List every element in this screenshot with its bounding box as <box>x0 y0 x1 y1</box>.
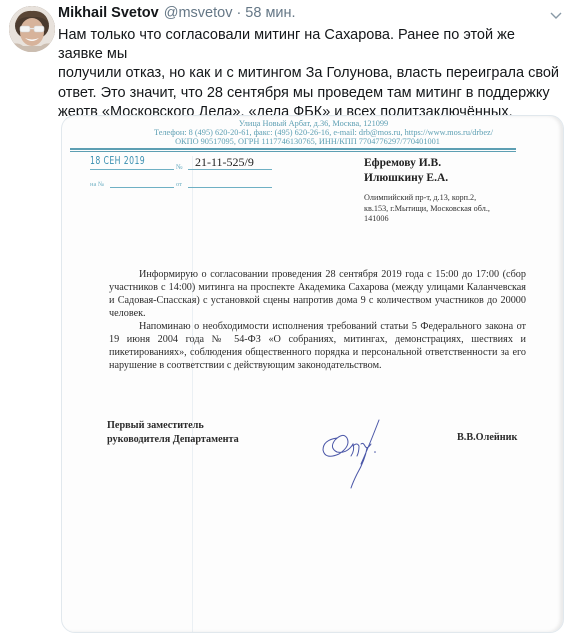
from-underline <box>188 187 272 188</box>
recipient: Илюшкину Е.А. <box>364 171 448 186</box>
tweet: Mikhail Svetov @msvetov · 58 мин. Нам то… <box>0 0 571 633</box>
letter-paragraph: Информирую о согласовании проведения 28 … <box>109 268 526 320</box>
ref-label: на № <box>90 181 104 188</box>
tweet-text-line: ответ. Это значит, что 28 сентября мы пр… <box>58 84 563 103</box>
date-stamp: 18 СЕН 2019 <box>90 155 145 167</box>
reg-number: 21-11-525/9 <box>195 155 254 170</box>
date-underline <box>90 169 174 170</box>
tweet-media-image[interactable]: Улица Новый Арбат, д.36, Москва, 121099 … <box>61 115 564 633</box>
author-handle[interactable]: @msvetov <box>164 5 233 21</box>
reg-number-label: № <box>176 163 183 171</box>
tweet-text: Нам только что согласовали митинг на Сах… <box>58 26 563 122</box>
avatar-photo <box>9 6 55 52</box>
recipient: Ефремову И.В. <box>364 156 448 171</box>
letter-body: Информирую о согласовании проведения 28 … <box>109 268 526 372</box>
signer-title-line: Первый заместитель <box>107 419 239 433</box>
letterhead-registry: ОКПО 90517095, ОГРН 1117746130765, ИНН/К… <box>61 137 559 148</box>
address-line: 141006 <box>364 214 490 225</box>
paper-fold-line <box>192 156 193 633</box>
author-name[interactable]: Mikhail Svetov <box>58 5 159 21</box>
tweet-menu-button[interactable] <box>549 11 563 21</box>
tweet-timestamp[interactable]: 58 мин. <box>245 5 295 21</box>
ref-underline <box>110 187 174 188</box>
scanned-letter: Улица Новый Арбат, д.36, Москва, 121099 … <box>62 116 564 633</box>
tweet-text-line: Нам только что согласовали митинг на Сах… <box>58 26 563 64</box>
letter-paragraph: Напоминаю о необходимости исполнения тре… <box>109 320 526 372</box>
reg-number-underline <box>188 169 272 170</box>
separator-dot: · <box>236 5 241 21</box>
signer-title-line: руководителя Департамента <box>107 433 239 447</box>
recipient-address: Олимпийский пр-т, д.13, корп.2, кв.153, … <box>364 193 490 225</box>
recipients: Ефремову И.В. Илюшкину Е.А. <box>364 156 448 186</box>
chevron-down-icon <box>549 11 563 21</box>
signer-title: Первый заместитель руководителя Департам… <box>107 419 239 446</box>
from-label: от <box>176 181 182 188</box>
avatar[interactable] <box>9 6 55 52</box>
letterhead-rule <box>70 151 516 152</box>
tweet-header: Mikhail Svetov @msvetov · 58 мин. <box>58 5 296 25</box>
tweet-text-line: получили отказ, но как и с митингом За Г… <box>58 64 563 83</box>
signer-name: В.В.Олейник <box>457 432 517 443</box>
letterhead-rule <box>70 148 516 150</box>
address-line: Олимпийский пр-т, д.13, корп.2, <box>364 193 490 204</box>
address-line: кв.153, г.Мытищи, Московская обл., <box>364 204 490 215</box>
handwritten-signature <box>317 416 397 491</box>
